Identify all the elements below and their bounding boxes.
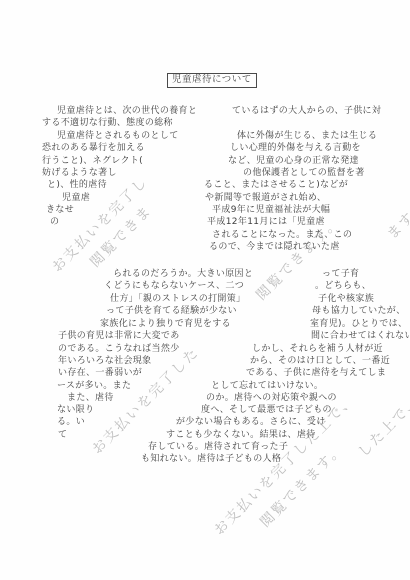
body-line-fragment: 存している。虐待されて育った子 (148, 443, 288, 452)
body-line-fragment: い存在、一番弱いが (58, 369, 142, 378)
body-line-fragment: 平成9年に児童福祉法が大幅 (212, 206, 330, 215)
body-line-fragment: られるのだろうか。大きい原因と (113, 270, 253, 279)
body-line-fragment: って子育 (322, 270, 359, 279)
body-line-fragment: 子化や核家族 (318, 295, 374, 304)
body-line-fragment: 年いろいろな社会現象 (58, 357, 152, 366)
body-line-fragment: るので、今までは隠れていた虐 (209, 243, 340, 252)
body-line-fragment: の他保護者としての監督を著 (243, 169, 365, 178)
body-line-fragment: 間に合わせてはくれない (311, 332, 410, 341)
body-line-fragment: ているはずの大人からの、子供に対 (232, 107, 381, 116)
body-line-fragment: など、児童の心身の正常な発達 (228, 157, 359, 166)
body-line-fragment: から、そのはけ口として、一番近 (250, 357, 390, 366)
body-line-fragment: って子供を育てる経験が少ない (106, 307, 237, 316)
body-line-fragment: 行うこと)、ネグレクト( (42, 157, 143, 166)
body-line-fragment: きなせ (46, 206, 74, 215)
body-line-fragment: 度へ、そして最悪では子どもの (201, 406, 332, 415)
body-line-fragment: である、子供に虐待を与えてしま (246, 369, 386, 378)
body-line-fragment: 子供の育児は非常に大変であ (58, 332, 180, 341)
body-line-fragment: て (58, 431, 67, 440)
body-line-fragment: されることになった。また、この (212, 231, 352, 240)
body-line-fragment: すことも少なくない。結果は、虐待 (166, 431, 316, 440)
body-line-fragment: くどうにもならないケース、二つ (104, 282, 244, 291)
body-line-fragment: しかし、それらを補う人材が近 (252, 345, 383, 354)
document-page: お支払いを完了し閲覧できまます。閲覧できます。お支払いを完了したした上で、お支払… (0, 0, 410, 580)
body-line-fragment: 仕方」「親のストレスの打開策」 (110, 295, 245, 304)
body-line-fragment: 恐れのある暴行を加える (42, 144, 145, 153)
body-line-fragment: と)、性的虐待 (47, 181, 107, 190)
body-line-fragment: 児童虐 (62, 194, 90, 203)
body-line-fragment: ること、またはさせること)などが (204, 181, 348, 190)
body-line-fragment: 児童虐待とは、次の世代の養育と (57, 107, 197, 116)
body-line-fragment: ースが多い。また (57, 382, 131, 391)
body-line-fragment: 家族化により独りで育児をする (100, 320, 231, 329)
body-line-fragment: ない限り (57, 406, 94, 415)
body-line-fragment: 。どちらも、 (315, 282, 371, 291)
body-line-fragment: や新聞等で報道がされ始め、 (205, 194, 326, 203)
body-line-fragment: しい心理的外傷を与える言動を (230, 144, 361, 153)
body-line-fragment: 母も協力していたが、 (312, 307, 406, 316)
body-line-fragment: として忘れてはいけない。 (211, 382, 323, 391)
body-line-fragment: も知れない。虐待は子どもの人格 (141, 455, 281, 464)
body-line-fragment: の (50, 218, 59, 227)
body-line-fragment: る。い (57, 418, 85, 427)
body-line-fragment: が少ない場合もある。さらに、受け (176, 418, 326, 427)
body-line-fragment: 平成12年11月には「児童虐 (207, 218, 325, 227)
body-text-layer: 児童虐待とは、次の世代の養育とているはずの大人からの、子供に対する不適切な行動、… (0, 0, 410, 580)
body-line-fragment: 妨げるような著し (42, 169, 117, 178)
body-line-fragment: 室育児)。ひとりでは、 (310, 320, 407, 329)
body-line-fragment: する不適切な行動、態度の総称 (42, 119, 173, 128)
body-line-fragment: のか。虐待への対応策や親への (206, 394, 337, 403)
body-line-fragment: また、虐待 (67, 394, 114, 403)
body-line-fragment: 児童虐待とされるものとして (57, 132, 179, 141)
body-line-fragment: のである。こうなれば当然少 (58, 345, 180, 354)
body-line-fragment: 体に外傷が生じる、または生じる (237, 132, 377, 141)
